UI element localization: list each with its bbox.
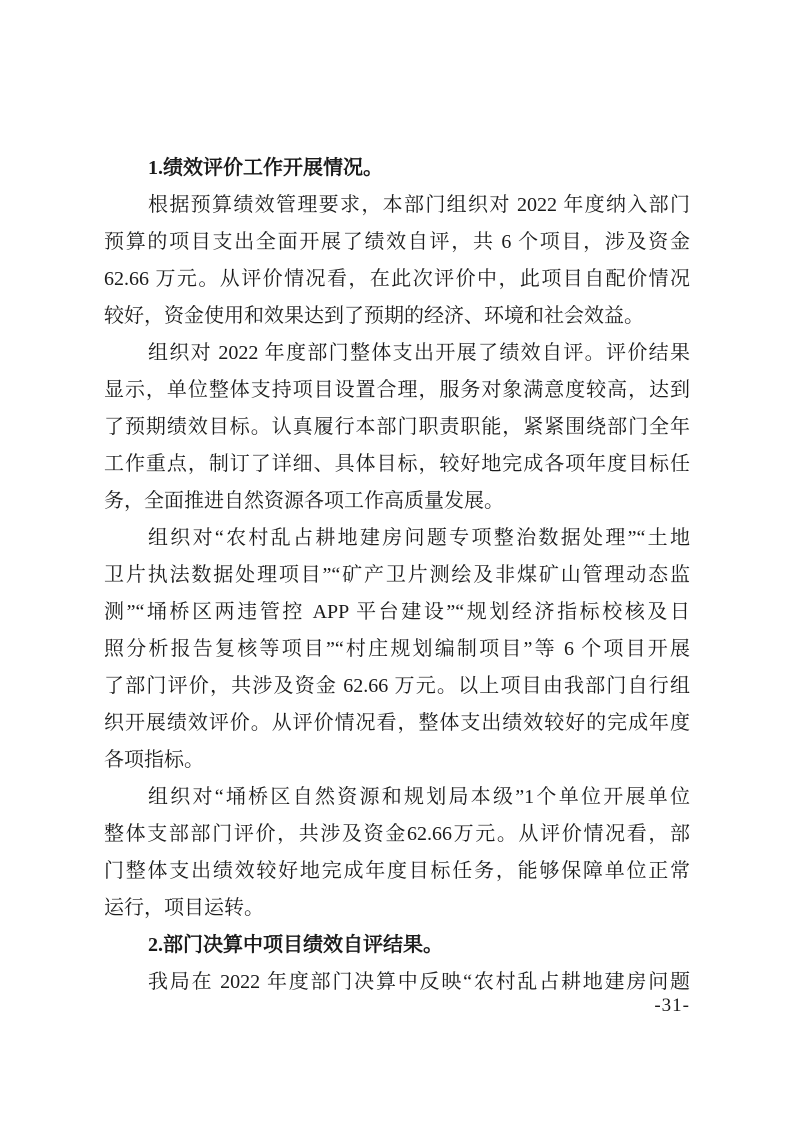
text-line: 组织对“埇桥区自然资源和规划局本级”1个单位开展单位 [104, 779, 690, 816]
text-line: 卫片执法数据处理项目”“矿产卫片测绘及非煤矿山管理动态监 [104, 557, 690, 594]
text-line: 务，全面推进自然资源各项工作高质量发展。 [104, 483, 690, 520]
document-page: 1.绩效评价工作开展情况。 根据预算绩效管理要求，本部门组织对 2022 年度纳… [0, 0, 793, 1122]
text-line: 显示，单位整体支持项目设置合理，服务对象满意度较高，达到 [104, 372, 690, 409]
section-heading-2: 2.部门决算中项目绩效自评结果。 [104, 927, 690, 964]
paragraph-3: 组织对“农村乱占耕地建房问题专项整治数据处理”“土地 卫片执法数据处理项目”“矿… [104, 520, 690, 779]
paragraph-4: 组织对“埇桥区自然资源和规划局本级”1个单位开展单位 整体支部部门评价，共涉及资… [104, 779, 690, 927]
text-line: 工作重点，制订了详细、具体目标，较好地完成各项年度目标任 [104, 446, 690, 483]
text-line: 根据预算绩效管理要求，本部门组织对 2022 年度纳入部门 [104, 187, 690, 224]
section-heading-1: 1.绩效评价工作开展情况。 [104, 150, 690, 187]
text-line: 运行，项目运转。 [104, 890, 690, 927]
section-1: 1.绩效评价工作开展情况。 [104, 150, 690, 187]
section-2: 2.部门决算中项目绩效自评结果。 [104, 927, 690, 964]
page-number: -31- [104, 995, 690, 1017]
text-line: 测”“埇桥区两违管控 APP 平台建设”“规划经济指标校核及日 [104, 594, 690, 631]
text-line: 各项指标。 [104, 742, 690, 779]
paragraph-2: 组织对 2022 年度部门整体支出开展了绩效自评。评价结果 显示，单位整体支持项… [104, 335, 690, 520]
document-body: 1.绩效评价工作开展情况。 根据预算绩效管理要求，本部门组织对 2022 年度纳… [104, 150, 690, 1001]
text-line: 整体支部部门评价，共涉及资金62.66万元。从评价情况看，部 [104, 816, 690, 853]
text-line: 组织对“农村乱占耕地建房问题专项整治数据处理”“土地 [104, 520, 690, 557]
text-line: 组织对 2022 年度部门整体支出开展了绩效自评。评价结果 [104, 335, 690, 372]
text-line: 预算的项目支出全面开展了绩效自评，共 6 个项目，涉及资金 [104, 224, 690, 261]
text-line: 较好，资金使用和效果达到了预期的经济、环境和社会效益。 [104, 298, 690, 335]
text-line: 62.66 万元。从评价情况看，在此次评价中，此项目自配价情况 [104, 261, 690, 298]
paragraph-1: 根据预算绩效管理要求，本部门组织对 2022 年度纳入部门 预算的项目支出全面开… [104, 187, 690, 335]
text-line: 了预期绩效目标。认真履行本部门职责职能，紧紧围绕部门全年 [104, 409, 690, 446]
text-line: 照分析报告复核等项目”“村庄规划编制项目”等 6 个项目开展 [104, 631, 690, 668]
text-line: 织开展绩效评价。从评价情况看，整体支出绩效较好的完成年度 [104, 705, 690, 742]
text-line: 门整体支出绩效较好地完成年度目标任务，能够保障单位正常 [104, 853, 690, 890]
text-line: 了部门评价，共涉及资金 62.66 万元。以上项目由我部门自行组 [104, 668, 690, 705]
